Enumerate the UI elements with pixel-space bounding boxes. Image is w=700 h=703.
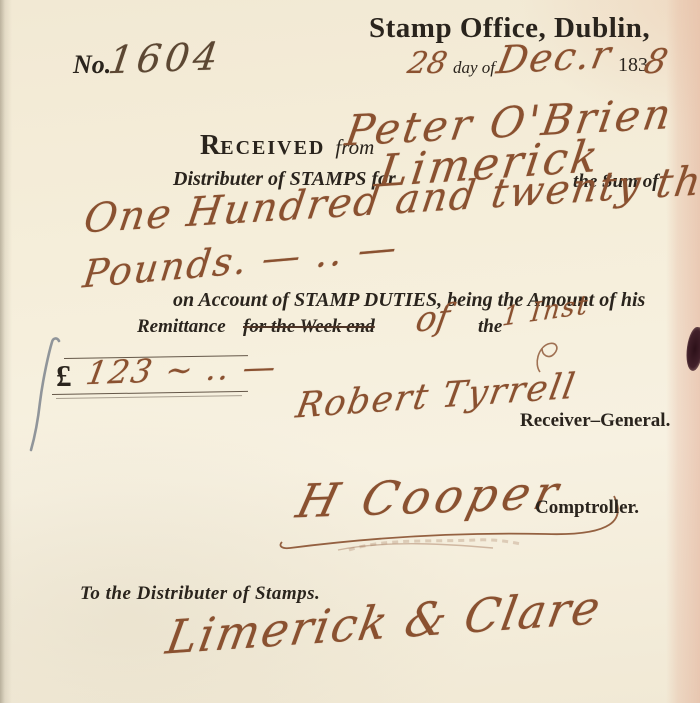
of-handwriting: of	[413, 297, 453, 341]
date-year-digit: 8	[640, 42, 672, 82]
amount-figures-handwriting: 123 ~ .. —	[83, 347, 280, 392]
date-day-of-label: day of	[453, 58, 495, 78]
receiver-title: Receiver–General.	[520, 410, 670, 432]
receipt-number-label: No.	[73, 50, 111, 80]
ink-smudge	[345, 528, 525, 558]
received-caps: ECEIVED	[220, 137, 325, 159]
the-label: the	[478, 316, 502, 338]
struck-week-end-text: for the Week end	[243, 316, 375, 338]
date-day-value: 28	[405, 46, 451, 81]
receipt-document: Stamp Office, Dublin, No. 1604 28 day of…	[0, 0, 700, 703]
pound-sign: £	[56, 358, 72, 394]
remittance-label: Remittance	[137, 316, 226, 338]
received-initial: R	[200, 130, 220, 161]
amount-bottom-rule-2	[56, 395, 242, 399]
receipt-number-value: 1604	[106, 34, 225, 82]
comptroller-title: Comptroller.	[535, 497, 639, 519]
edge-seal-mark	[684, 326, 700, 372]
date-month-value: Dec.r	[493, 32, 616, 83]
